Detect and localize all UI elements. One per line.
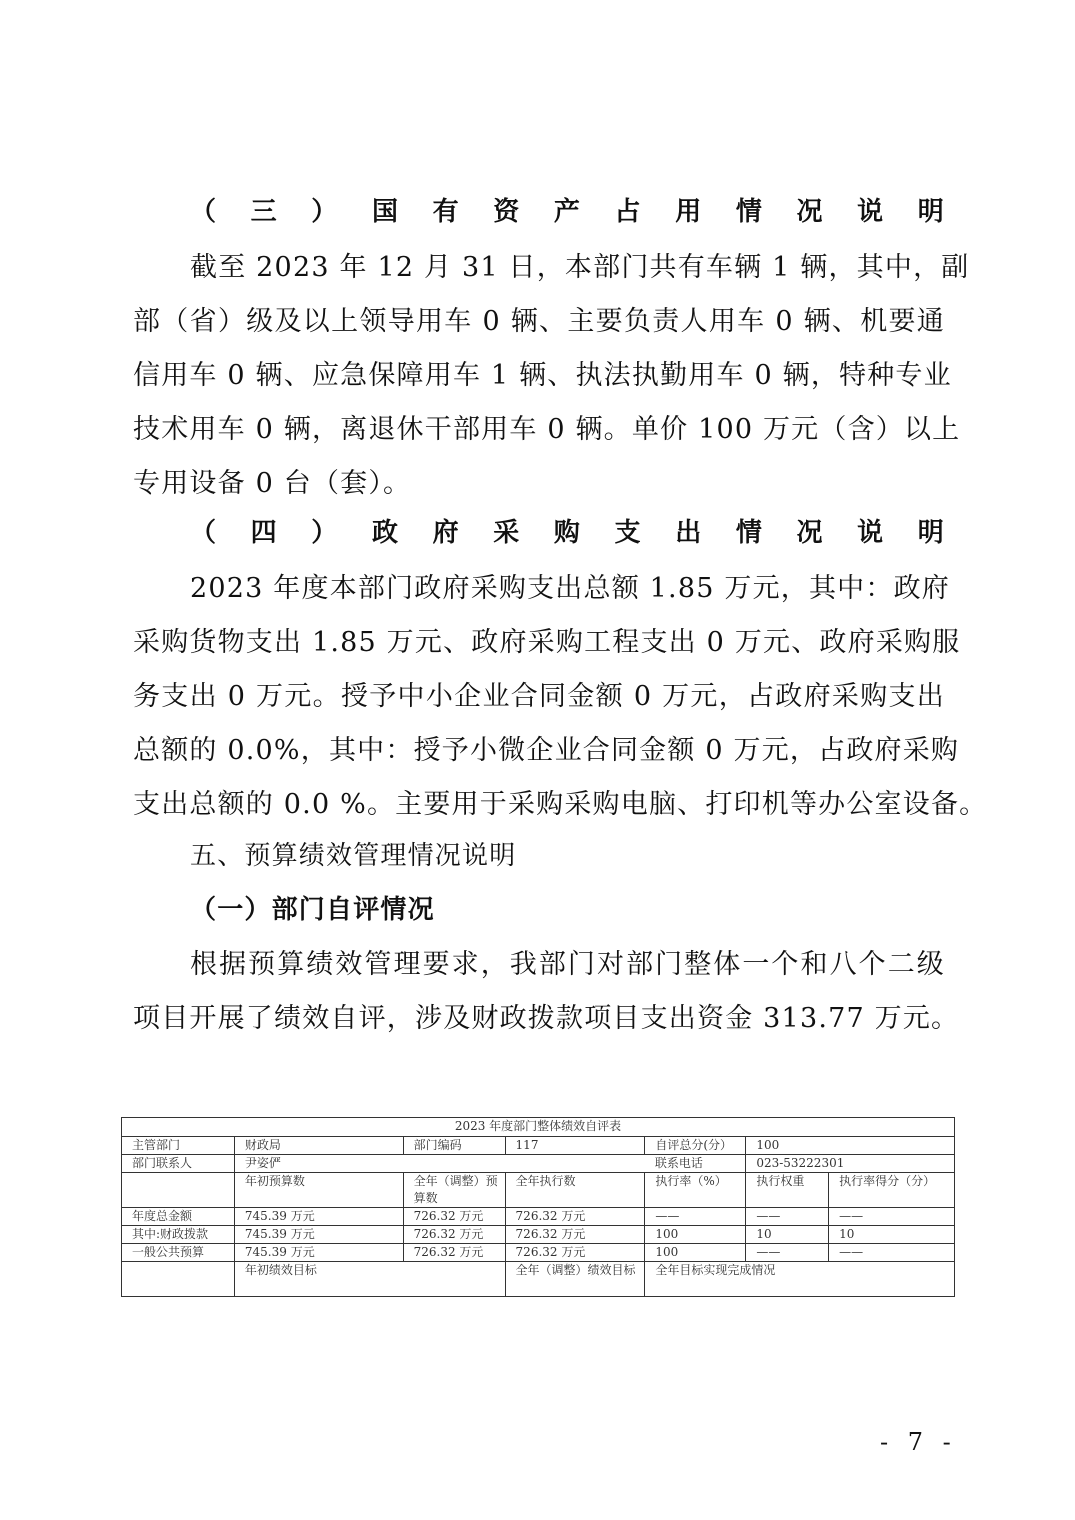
cell-value: 100 bbox=[746, 1137, 955, 1155]
column-header bbox=[122, 1173, 235, 1208]
cell: 726.32 万元 bbox=[403, 1208, 505, 1226]
cell: —— bbox=[746, 1208, 829, 1226]
cell: 一般公共预算 bbox=[122, 1244, 235, 1262]
cell: —— bbox=[746, 1244, 829, 1262]
table-row: 部门联系人 尹姿俨 联系电话 023-53222301 bbox=[122, 1155, 955, 1173]
cell-label: 主管部门 bbox=[122, 1137, 235, 1155]
cell-label: 自评总分(分） bbox=[645, 1137, 746, 1155]
paragraph-line: 务支出 0 万元。授予中小企业合同金额 0 万元，占政府采购支出 bbox=[133, 679, 945, 715]
cell: 10 bbox=[746, 1226, 829, 1244]
cell: 726.32 万元 bbox=[505, 1226, 645, 1244]
cell: 745.39 万元 bbox=[234, 1208, 403, 1226]
page-number: - 7 - bbox=[880, 1428, 957, 1456]
column-header: 年初预算数 bbox=[234, 1173, 403, 1208]
document-page: （三）国有资产占用情况说明 截至 2023 年 12 月 31 日，本部门共有车… bbox=[0, 0, 1075, 1520]
table-row: 一般公共预算 745.39 万元 726.32 万元 726.32 万元 100… bbox=[122, 1244, 955, 1262]
cell: 726.32 万元 bbox=[505, 1244, 645, 1262]
paragraph-line: 部（省）级及以上领导用车 0 辆、主要负责人用车 0 辆、机要通 bbox=[133, 304, 945, 340]
cell-goal-completion: 全年目标实现完成情况 bbox=[645, 1262, 955, 1297]
table-row: 年度总金额 745.39 万元 726.32 万元 726.32 万元 —— —… bbox=[122, 1208, 955, 1226]
column-header: 执行权重 bbox=[746, 1173, 829, 1208]
paragraph-line: 项目开展了绩效自评，涉及财政拨款项目支出资金 313.77 万元。 bbox=[133, 1001, 945, 1037]
table-title: 2023 年度部门整体绩效自评表 bbox=[122, 1118, 955, 1137]
performance-self-evaluation-table: 2023 年度部门整体绩效自评表 主管部门 财政局 部门编码 117 自评总分(… bbox=[121, 1117, 955, 1297]
paragraph-line: 技术用车 0 辆，离退休干部用车 0 辆。单价 100 万元（含）以上 bbox=[133, 412, 945, 448]
table-header-row: 年初预算数 全年（调整）预算数 全年执行数 执行率（%） 执行权重 执行率得分（… bbox=[122, 1173, 955, 1208]
paragraph-line: 支出总额的 0.0 %。主要用于采购采购电脑、打印机等办公室设备。 bbox=[133, 787, 945, 823]
cell-label: 部门联系人 bbox=[122, 1155, 235, 1173]
cell-initial-goal: 年初绩效目标 bbox=[234, 1262, 505, 1297]
cell-value: 尹姿俨 bbox=[234, 1155, 644, 1173]
heading-gov-procurement: （四）政府采购支出情况说明 bbox=[190, 515, 945, 551]
table-row: 主管部门 财政局 部门编码 117 自评总分(分） 100 bbox=[122, 1137, 955, 1155]
cell: 745.39 万元 bbox=[234, 1244, 403, 1262]
cell: —— bbox=[645, 1208, 746, 1226]
cell: 726.32 万元 bbox=[403, 1226, 505, 1244]
cell: —— bbox=[829, 1208, 955, 1226]
table-goals-row: 年初绩效目标 全年（调整）绩效目标 全年目标实现完成情况 bbox=[122, 1262, 955, 1297]
heading-self-evaluation: （一）部门自评情况 bbox=[190, 892, 945, 928]
table-row: 其中:财政拨款 745.39 万元 726.32 万元 726.32 万元 10… bbox=[122, 1226, 955, 1244]
paragraph-line: 信用车 0 辆、应急保障用车 1 辆、执法执勤用车 0 辆，特种专业 bbox=[133, 358, 945, 394]
cell-adjusted-goal: 全年（调整）绩效目标 bbox=[505, 1262, 645, 1297]
cell: —— bbox=[829, 1244, 955, 1262]
paragraph-line: 2023 年度本部门政府采购支出总额 1.85 万元，其中：政府 bbox=[190, 571, 945, 607]
column-header: 执行率得分（分） bbox=[829, 1173, 955, 1208]
cell bbox=[122, 1262, 235, 1297]
heading-state-assets: （三）国有资产占用情况说明 bbox=[190, 194, 945, 230]
cell: 年度总金额 bbox=[122, 1208, 235, 1226]
cell-label: 部门编码 bbox=[403, 1137, 505, 1155]
cell: 745.39 万元 bbox=[234, 1226, 403, 1244]
column-header: 执行率（%） bbox=[645, 1173, 746, 1208]
cell-value: 财政局 bbox=[234, 1137, 403, 1155]
heading-budget-performance: 五、预算绩效管理情况说明 bbox=[190, 838, 945, 874]
paragraph-line: 根据预算绩效管理要求，我部门对部门整体一个和八个二级 bbox=[190, 947, 945, 983]
paragraph-line: 截至 2023 年 12 月 31 日，本部门共有车辆 1 辆，其中，副 bbox=[190, 250, 945, 286]
cell-value: 023-53222301 bbox=[746, 1155, 955, 1173]
cell-label: 联系电话 bbox=[645, 1155, 746, 1173]
cell: 10 bbox=[829, 1226, 955, 1244]
table-title-row: 2023 年度部门整体绩效自评表 bbox=[122, 1118, 955, 1137]
cell: 其中:财政拨款 bbox=[122, 1226, 235, 1244]
cell: 726.32 万元 bbox=[403, 1244, 505, 1262]
cell: 726.32 万元 bbox=[505, 1208, 645, 1226]
column-header: 全年执行数 bbox=[505, 1173, 645, 1208]
cell: 100 bbox=[645, 1244, 746, 1262]
cell-value: 117 bbox=[505, 1137, 645, 1155]
column-header: 全年（调整）预算数 bbox=[403, 1173, 505, 1208]
paragraph-line: 总额的 0.0%，其中：授予小微企业合同金额 0 万元，占政府采购 bbox=[133, 733, 945, 769]
cell: 100 bbox=[645, 1226, 746, 1244]
paragraph-line: 采购货物支出 1.85 万元、政府采购工程支出 0 万元、政府采购服 bbox=[133, 625, 945, 661]
paragraph-line: 专用设备 0 台（套）。 bbox=[133, 466, 945, 502]
